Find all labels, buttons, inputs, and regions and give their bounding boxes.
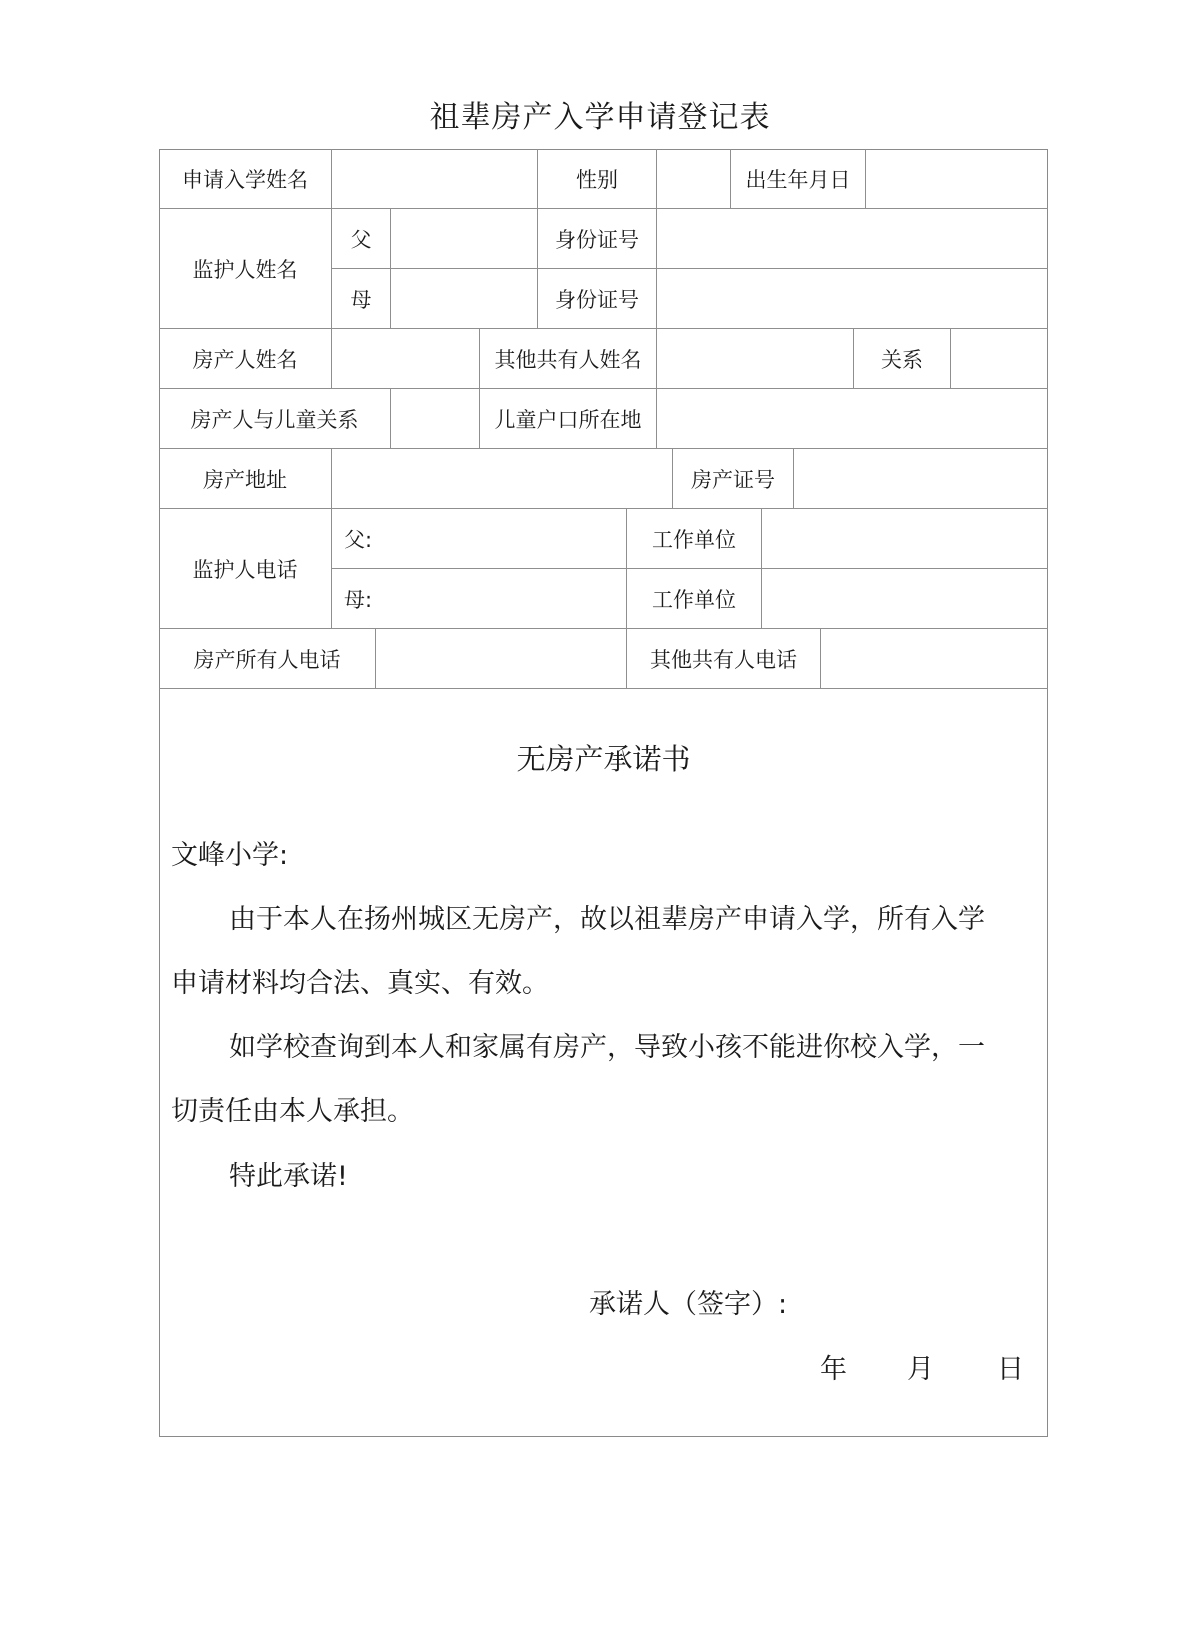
- relation-label: 关系: [854, 329, 951, 389]
- date-day-label: 日: [997, 1347, 1024, 1386]
- father-phone-field[interactable]: 父:: [332, 509, 627, 569]
- mother-id-label: 身份证号: [538, 269, 657, 329]
- child-hukou-field[interactable]: [657, 389, 1048, 449]
- applicant-name-label: 申请入学姓名: [159, 149, 332, 209]
- father-id-label: 身份证号: [538, 209, 657, 269]
- guardian-phone-label: 监护人电话: [159, 509, 332, 629]
- co-owner-name-label: 其他共有人姓名: [480, 329, 657, 389]
- property-cert-label: 房产证号: [673, 449, 794, 509]
- relation-field[interactable]: [951, 329, 1048, 389]
- co-owner-phone-field[interactable]: [821, 629, 1048, 689]
- gender-label: 性别: [538, 149, 657, 209]
- owner-name-field[interactable]: [332, 329, 480, 389]
- father-work-label: 工作单位: [627, 509, 762, 569]
- owner-name-label: 房产人姓名: [159, 329, 332, 389]
- owner-child-relation-label: 房产人与儿童关系: [159, 389, 391, 449]
- father-work-field[interactable]: [762, 509, 1048, 569]
- applicant-name-field[interactable]: [332, 149, 538, 209]
- pledge-closing: 特此承诺!: [229, 1154, 348, 1193]
- owner-phone-label: 房产所有人电话: [159, 629, 376, 689]
- pledge-paragraph-2-line-1: 如学校查询到本人和家属有房产，导致小孩不能进你校入学，一: [229, 1025, 985, 1064]
- birthdate-label: 出生年月日: [731, 149, 866, 209]
- pledge-title: 无房产承诺书: [159, 737, 1048, 778]
- owner-child-relation-field[interactable]: [391, 389, 480, 449]
- pledge-salutation: 文峰小学:: [171, 833, 288, 872]
- co-owner-phone-label: 其他共有人电话: [627, 629, 821, 689]
- guardian-name-label: 监护人姓名: [159, 209, 332, 329]
- co-owner-name-field[interactable]: [657, 329, 854, 389]
- child-hukou-label: 儿童户口所在地: [480, 389, 657, 449]
- father-phone-label: 父:: [344, 524, 372, 554]
- date-year-label: 年: [820, 1347, 847, 1386]
- father-label: 父: [332, 209, 391, 269]
- property-cert-field[interactable]: [794, 449, 1048, 509]
- mother-id-field[interactable]: [657, 269, 1048, 329]
- property-address-field[interactable]: [332, 449, 673, 509]
- pledge-paragraph-2-line-2: 切责任由本人承担。: [171, 1089, 414, 1128]
- date-month-label: 月: [907, 1347, 934, 1386]
- no-property-pledge-section: 无房产承诺书 文峰小学: 由于本人在扬州城区无房产，故以祖辈房产申请入学，所有入…: [159, 689, 1048, 1437]
- signature-field[interactable]: 承诺人（签字）:: [589, 1282, 787, 1321]
- pledge-paragraph-1-line-2: 申请材料均合法、真实、有效。: [171, 961, 549, 1000]
- mother-work-label: 工作单位: [627, 569, 762, 629]
- mother-name-field[interactable]: [391, 269, 538, 329]
- mother-phone-label: 母:: [344, 584, 372, 614]
- gender-field[interactable]: [657, 149, 731, 209]
- mother-label: 母: [332, 269, 391, 329]
- mother-work-field[interactable]: [762, 569, 1048, 629]
- mother-phone-field[interactable]: 母:: [332, 569, 627, 629]
- pledge-paragraph-1-line-1: 由于本人在扬州城区无房产，故以祖辈房产申请入学，所有入学: [229, 897, 985, 936]
- father-id-field[interactable]: [657, 209, 1048, 269]
- form-title: 祖辈房产入学申请登记表: [0, 92, 1200, 136]
- owner-phone-field[interactable]: [376, 629, 627, 689]
- property-address-label: 房产地址: [159, 449, 332, 509]
- birthdate-field[interactable]: [866, 149, 1048, 209]
- father-name-field[interactable]: [391, 209, 538, 269]
